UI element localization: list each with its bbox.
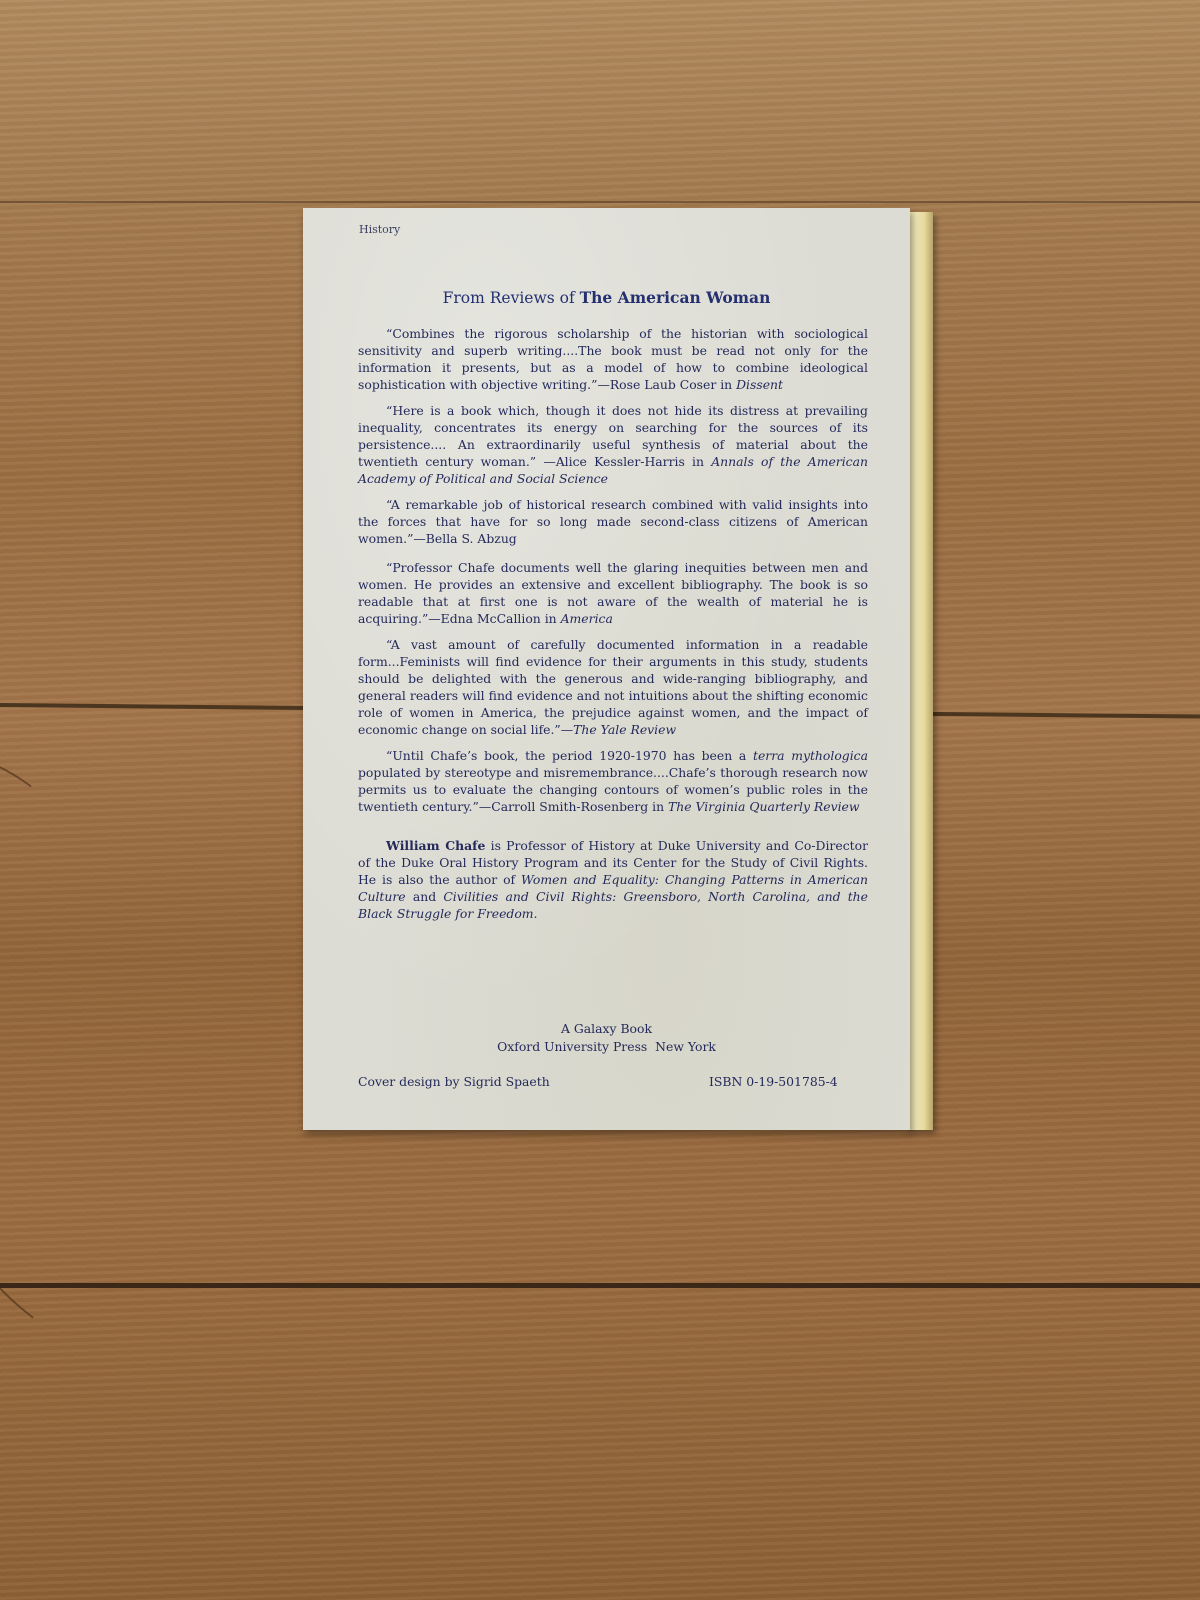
- review: “A vast amount of carefully documented i…: [358, 636, 868, 738]
- isbn: ISBN 0-19-501785-4: [709, 1074, 838, 1089]
- review: “A remarkable job of historical research…: [358, 496, 868, 547]
- reviews-heading: From Reviews of The American Woman: [303, 288, 910, 307]
- cover-credit: Cover design by Sigrid Spaeth: [358, 1074, 550, 1089]
- plank-seam: [0, 201, 1200, 203]
- imprint: A Galaxy Book: [303, 1020, 910, 1038]
- review-source: The Yale Review: [573, 722, 676, 737]
- publisher-block: A Galaxy Book Oxford University Press Ne…: [303, 1020, 910, 1056]
- review: “Until Chafe’s book, the period 1920-197…: [358, 747, 868, 815]
- review: “Here is a book which, though it does no…: [358, 402, 868, 487]
- review: “Professor Chafe documents well the glar…: [358, 559, 868, 627]
- review: “Combines the rigorous scholarship of th…: [358, 325, 868, 393]
- review-source: The Virginia Quarterly Review: [668, 799, 859, 814]
- reviews-block: “Combines the rigorous scholarship of th…: [358, 325, 868, 931]
- publisher-name: Oxford University Press New York: [303, 1038, 910, 1056]
- category-label: History: [359, 223, 400, 236]
- author-bio: William Chafe is Professor of History at…: [358, 837, 868, 922]
- review-source: America: [561, 611, 613, 626]
- book-back-cover: History From Reviews of The American Wom…: [303, 208, 910, 1130]
- book-title: The American Woman: [580, 288, 771, 307]
- review-source: Dissent: [736, 377, 783, 392]
- author-name: William Chafe: [386, 838, 485, 853]
